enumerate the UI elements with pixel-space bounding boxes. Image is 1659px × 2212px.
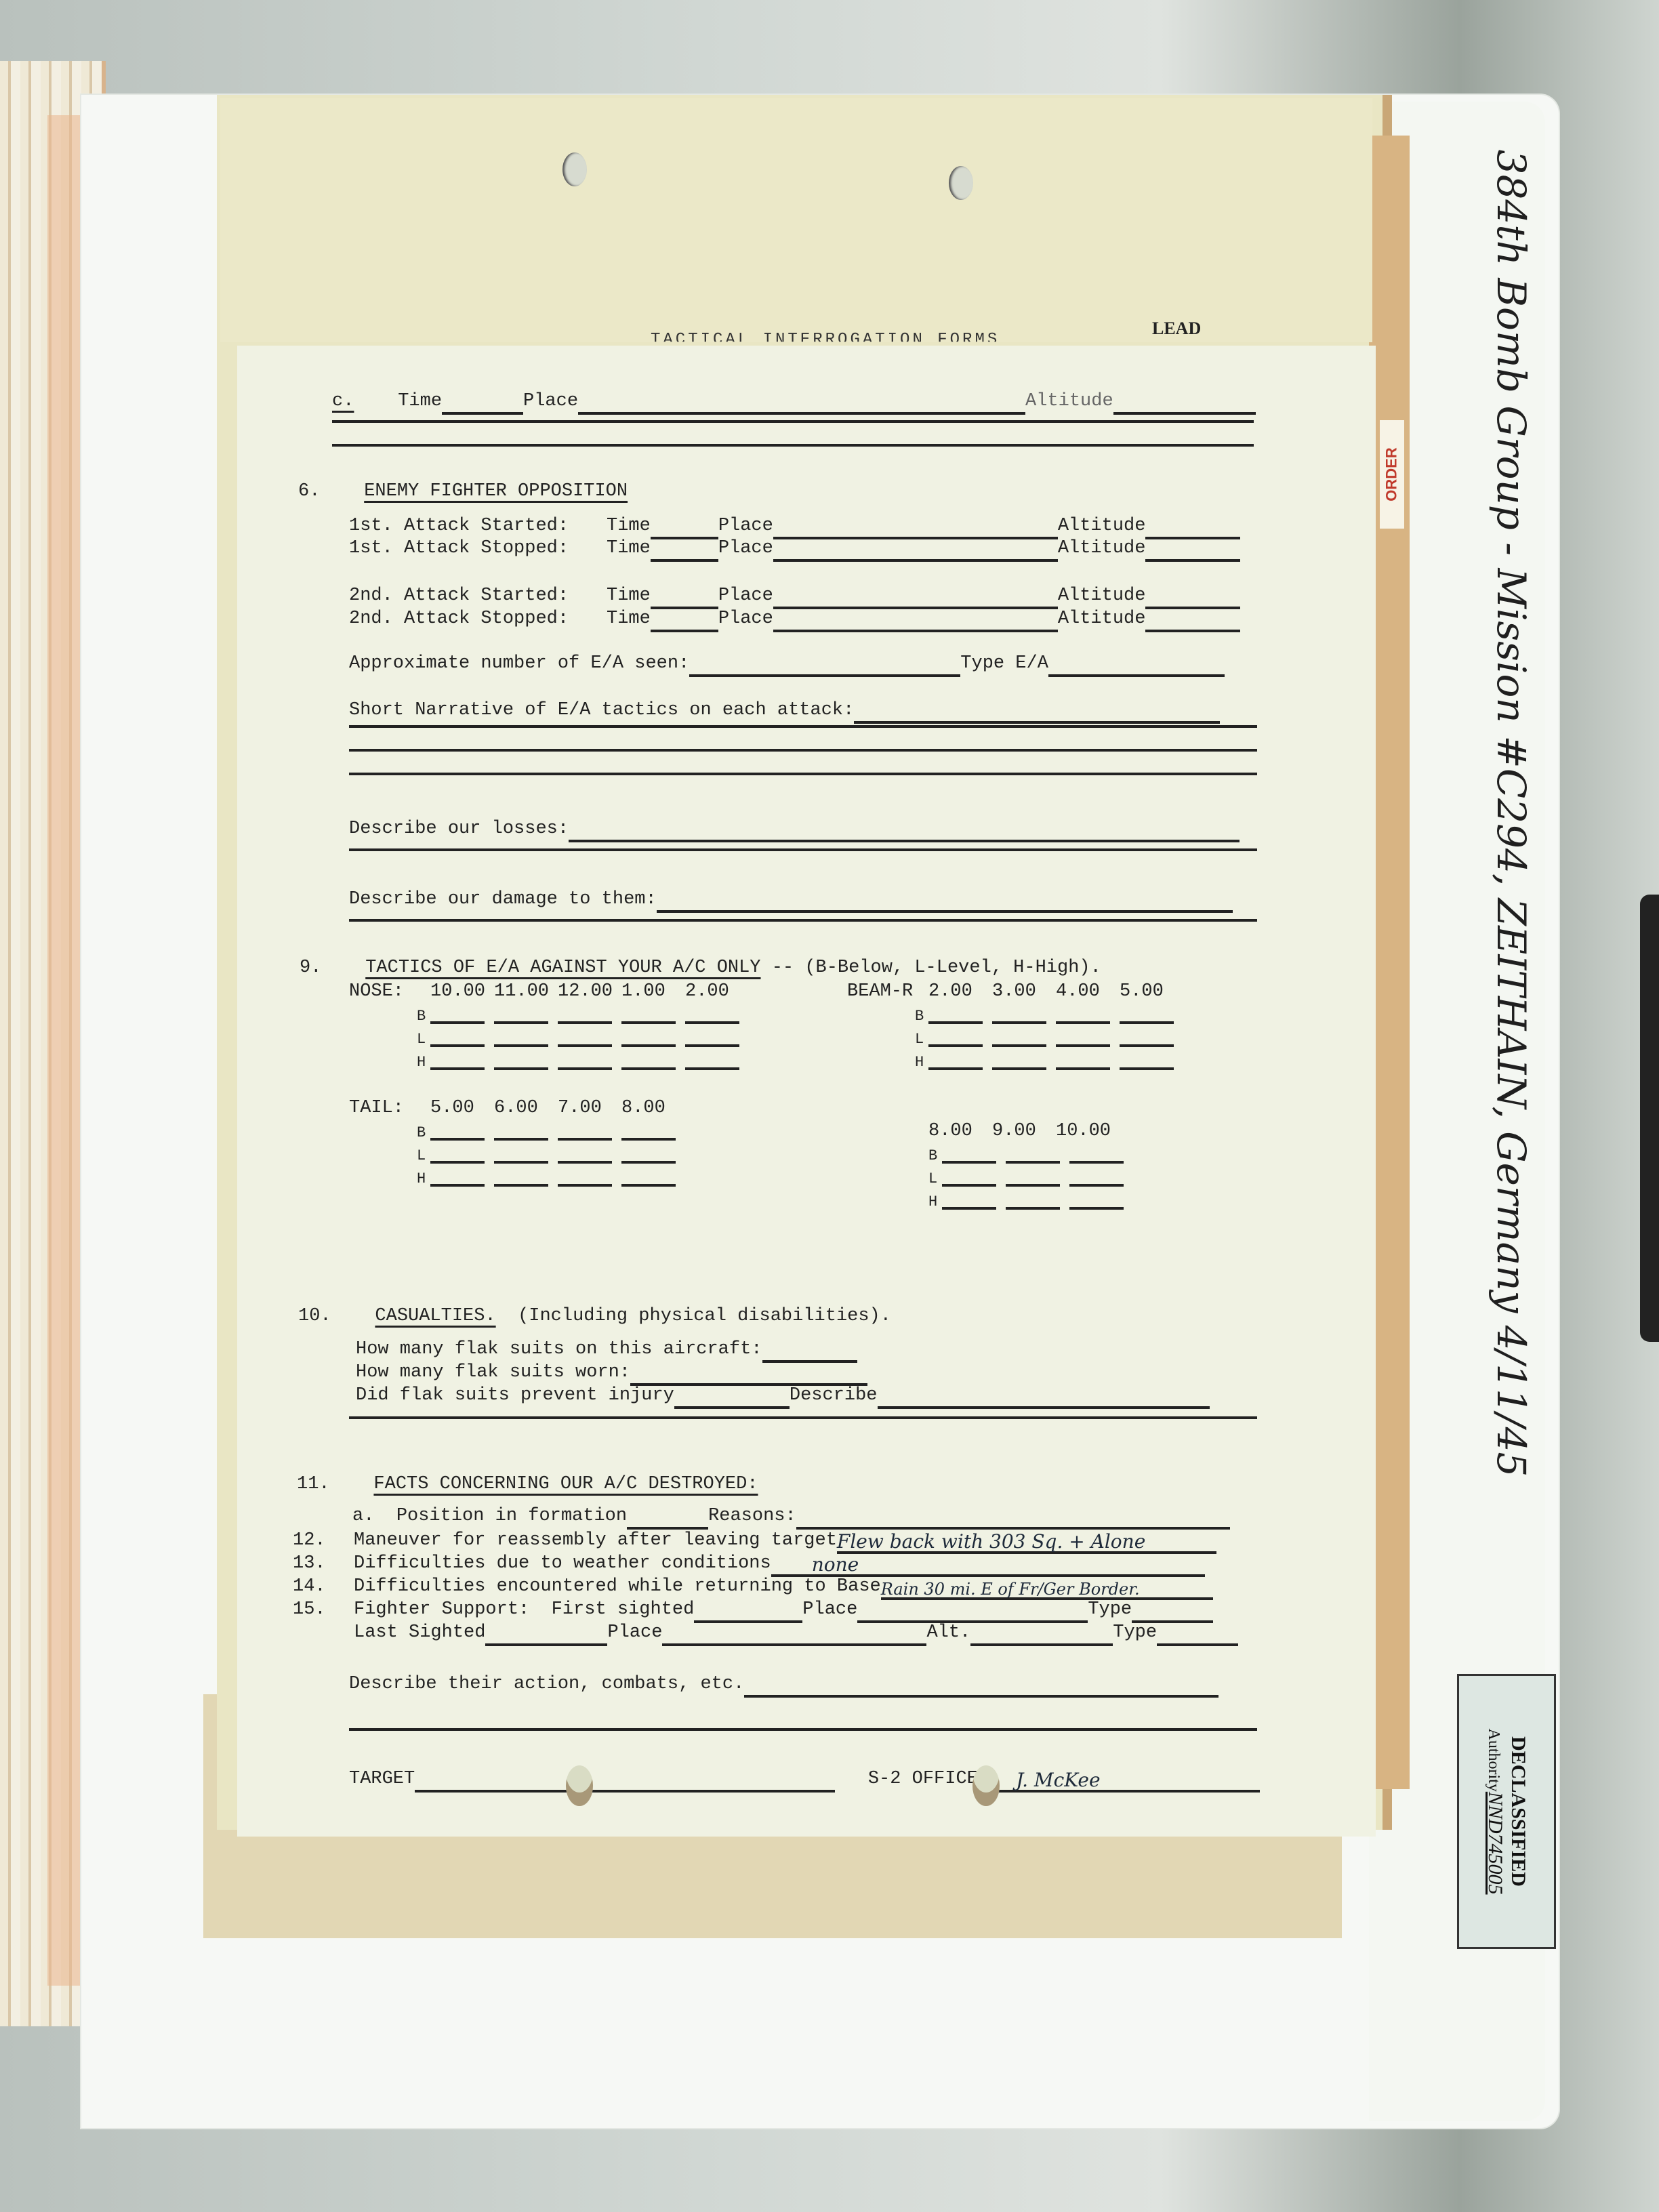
altitude-band-label: B bbox=[417, 1126, 430, 1141]
altitude-band-label: B bbox=[417, 1009, 430, 1024]
altitude-band-label: H bbox=[417, 1172, 430, 1187]
attack-2-start-label: 2nd. Attack Started: bbox=[349, 587, 607, 605]
tactics-cell-field[interactable] bbox=[430, 1067, 485, 1070]
our-damage-line[interactable] bbox=[349, 919, 1257, 922]
punch-hole-icon bbox=[566, 1765, 593, 1806]
clock-position-header: 3.00 bbox=[992, 983, 1056, 1001]
punch-hole-icon bbox=[949, 166, 973, 200]
top-cover-sheet bbox=[220, 98, 1372, 342]
item-c-line[interactable] bbox=[332, 444, 1254, 447]
section-10-title: CASUALTIES. bbox=[375, 1307, 495, 1326]
attack-2-stop-altitude[interactable] bbox=[1145, 630, 1240, 632]
attack-1-stop-label: 1st. Attack Stopped: bbox=[349, 539, 607, 558]
tactics-cell-field[interactable] bbox=[992, 1067, 1046, 1070]
tactics-cell-field[interactable] bbox=[1056, 1067, 1110, 1070]
authority-label: Authority bbox=[1485, 1728, 1502, 1791]
tactics-cell-field[interactable] bbox=[621, 1184, 676, 1187]
flak-on-aircraft-field[interactable] bbox=[762, 1360, 857, 1363]
declassified-stamp: DECLASSIFIED AuthorityNND745005 bbox=[1457, 1674, 1556, 1949]
tactics-cell-field[interactable] bbox=[430, 1021, 485, 1024]
attack-1-stop-place[interactable] bbox=[773, 559, 1058, 562]
narrative-label: Short Narrative of E/A tactics on each a… bbox=[349, 701, 854, 720]
reasons-field[interactable] bbox=[796, 1527, 1230, 1530]
clock-position-header: 5.00 bbox=[1120, 983, 1183, 1001]
tactics-cell-field[interactable] bbox=[1069, 1161, 1124, 1164]
flak-worn-label: How many flak suits worn: bbox=[356, 1364, 630, 1382]
narrative-line[interactable] bbox=[349, 773, 1257, 775]
tactics-cell-field[interactable] bbox=[1006, 1161, 1060, 1164]
tactics-cell-field[interactable] bbox=[430, 1138, 485, 1141]
tactics-cell-field[interactable] bbox=[1120, 1021, 1174, 1024]
tactics-cell-field[interactable] bbox=[621, 1067, 676, 1070]
s2-officer-signature[interactable]: J. McKee bbox=[989, 1771, 1260, 1793]
section-9-title: TACTICS OF E/A AGAINST YOUR A/C ONLY bbox=[365, 959, 760, 977]
tactics-cell-field[interactable] bbox=[430, 1184, 485, 1187]
flak-prevent-field[interactable] bbox=[674, 1406, 790, 1409]
describe-action-line[interactable] bbox=[349, 1728, 1257, 1731]
casualties-line[interactable] bbox=[349, 1416, 1257, 1419]
item-c-line[interactable] bbox=[332, 420, 1254, 423]
clock-position-header: 4.00 bbox=[1056, 983, 1120, 1001]
item-c-place-label: Place bbox=[523, 392, 578, 411]
item-c-altitude-field[interactable] bbox=[1113, 412, 1256, 415]
clock-position-header: 12.00 bbox=[558, 983, 621, 1001]
clock-position-header: 11.00 bbox=[494, 983, 558, 1001]
interrogation-form: c. Time Place Altitude 6. ENEMY FIGHTER … bbox=[237, 346, 1376, 1837]
last-sighted-field[interactable] bbox=[485, 1643, 607, 1646]
clock-position-header: 7.00 bbox=[558, 1099, 621, 1118]
beam-right-tactics-grid: BEAM-R2.003.004.005.00BLH bbox=[847, 983, 1183, 1070]
flak-describe-label: Describe bbox=[790, 1387, 878, 1405]
tactics-cell-field[interactable] bbox=[1056, 1044, 1110, 1047]
item-c-altitude-label: Altitude bbox=[1025, 392, 1113, 411]
tail-tactics-grid: TAIL:5.006.007.008.00BLH bbox=[349, 1099, 685, 1187]
tactics-cell-field[interactable] bbox=[621, 1161, 676, 1164]
clock-position-header: 1.00 bbox=[621, 983, 685, 1001]
clock-position-header: 10.00 bbox=[430, 983, 494, 1001]
attack-2-start-place[interactable] bbox=[773, 607, 1058, 609]
altitude-band-label: H bbox=[915, 1055, 928, 1070]
altitude-band-label: L bbox=[417, 1149, 430, 1164]
narrative-field[interactable] bbox=[854, 721, 1220, 724]
altitude-band-label: L bbox=[928, 1172, 942, 1187]
item-c-place-field[interactable] bbox=[578, 412, 1025, 415]
approx-number-label: Approximate number of E/A seen: bbox=[349, 655, 689, 673]
tactics-cell-field[interactable] bbox=[621, 1021, 676, 1024]
first-sighted-field[interactable] bbox=[694, 1620, 802, 1623]
clock-position-header: 8.00 bbox=[621, 1099, 685, 1118]
tactics-cell-field[interactable] bbox=[1006, 1207, 1060, 1210]
attack-1-stop-altitude[interactable] bbox=[1145, 559, 1240, 562]
tactics-cell-field[interactable] bbox=[558, 1138, 612, 1141]
last-sighted-type-field[interactable] bbox=[1157, 1643, 1238, 1646]
attack-2-stop-time[interactable] bbox=[651, 630, 718, 632]
tactics-cell-field[interactable] bbox=[928, 1067, 983, 1070]
tactics-position-label: NOSE: bbox=[349, 983, 430, 1001]
attack-1-stop-time[interactable] bbox=[651, 559, 718, 562]
flak-prevent-label: Did flak suits prevent injury bbox=[356, 1387, 674, 1405]
tactics-cell-field[interactable] bbox=[621, 1138, 676, 1141]
return-difficulties-label: Difficulties encountered while returning… bbox=[354, 1578, 881, 1596]
item-c-time-field[interactable] bbox=[442, 412, 523, 415]
order-tab-label: ORDER bbox=[1380, 420, 1404, 529]
altitude-band-label: B bbox=[915, 1009, 928, 1024]
type-ea-label: Type E/A bbox=[960, 655, 1048, 673]
section-10-number: 10. bbox=[298, 1307, 331, 1326]
section-11-title: FACTS CONCERNING OUR A/C DESTROYED: bbox=[373, 1475, 758, 1494]
tactics-cell-field[interactable] bbox=[494, 1184, 548, 1187]
our-damage-label: Describe our damage to them: bbox=[349, 890, 657, 909]
declassified-title: DECLASSIFIED bbox=[1507, 1728, 1530, 1894]
clock-position-header: 5.00 bbox=[430, 1099, 494, 1118]
tactics-cell-field[interactable] bbox=[1120, 1044, 1174, 1047]
attack-1-start-label: 1st. Attack Started: bbox=[349, 517, 607, 535]
tactics-cell-field[interactable] bbox=[430, 1044, 485, 1047]
tactics-cell-field[interactable] bbox=[621, 1044, 676, 1047]
tactics-cell-field[interactable] bbox=[942, 1184, 996, 1187]
clock-position-header: 8.00 bbox=[928, 1122, 992, 1141]
spine-handwritten-label: 384th Bomb Group - Mission #C294, ZEITHA… bbox=[1484, 203, 1538, 1423]
describe-action-field[interactable] bbox=[744, 1695, 1218, 1698]
tactics-cell-field[interactable] bbox=[558, 1021, 612, 1024]
s2-officer-label: S-2 OFFICER bbox=[868, 1770, 989, 1788]
clock-position-header: 2.00 bbox=[685, 983, 749, 1001]
beam-left-tactics-grid: 8.009.0010.00BLH bbox=[928, 1122, 1133, 1210]
tactics-cell-field[interactable] bbox=[1120, 1067, 1174, 1070]
attack-2-start-altitude[interactable] bbox=[1145, 607, 1240, 609]
narrative-line[interactable] bbox=[349, 725, 1257, 728]
section-6-number: 6. bbox=[298, 483, 320, 501]
target-label: TARGET bbox=[349, 1770, 415, 1788]
weather-field[interactable]: none bbox=[771, 1555, 1205, 1577]
tactics-cell-field[interactable] bbox=[1069, 1184, 1124, 1187]
tactics-cell-field[interactable] bbox=[494, 1021, 548, 1024]
approx-number-field[interactable] bbox=[689, 674, 960, 677]
item-c-prefix: c. bbox=[332, 392, 354, 411]
altitude-band-label: H bbox=[928, 1195, 942, 1210]
section-9-number: 9. bbox=[300, 959, 321, 977]
tactics-cell-field[interactable] bbox=[558, 1184, 612, 1187]
tactics-cell-field[interactable] bbox=[942, 1161, 996, 1164]
background-device bbox=[1640, 895, 1659, 1342]
tactics-cell-field[interactable] bbox=[558, 1044, 612, 1047]
attack-2-stop-label: 2nd. Attack Stopped: bbox=[349, 610, 607, 628]
altitude-band-label: B bbox=[928, 1149, 942, 1164]
tactics-cell-field[interactable] bbox=[1006, 1184, 1060, 1187]
return-difficulties-field[interactable]: Rain 30 mi. E of Fr/Ger Border. bbox=[881, 1581, 1213, 1600]
fighter-support-label: Fighter Support: bbox=[354, 1601, 529, 1619]
our-damage-field[interactable] bbox=[657, 910, 1233, 913]
first-sighted-place-field[interactable] bbox=[857, 1620, 1088, 1623]
tactics-cell-field[interactable] bbox=[494, 1067, 548, 1070]
tactics-cell-field[interactable] bbox=[1056, 1021, 1110, 1024]
tactics-cell-field[interactable] bbox=[942, 1207, 996, 1210]
attack-2-start-time[interactable] bbox=[651, 607, 718, 609]
tactics-cell-field[interactable] bbox=[494, 1138, 548, 1141]
item-c-time-label: Time bbox=[398, 392, 442, 411]
position-field[interactable] bbox=[627, 1527, 708, 1530]
tactics-cell-field[interactable] bbox=[992, 1044, 1046, 1047]
tactics-position-label: TAIL: bbox=[349, 1099, 430, 1118]
tactics-cell-field[interactable] bbox=[558, 1067, 612, 1070]
clock-position-header: 2.00 bbox=[928, 983, 992, 1001]
maneuver-field[interactable]: Flew back with 303 Sq. + Alone bbox=[837, 1532, 1216, 1554]
clock-position-header: 6.00 bbox=[494, 1099, 558, 1118]
weather-label: Difficulties due to weather conditions bbox=[354, 1555, 771, 1573]
punch-hole-icon bbox=[972, 1765, 1000, 1806]
type-ea-field[interactable] bbox=[1048, 674, 1225, 677]
tactics-cell-field[interactable] bbox=[992, 1021, 1046, 1024]
punch-hole-icon bbox=[562, 152, 587, 186]
tactics-cell-field[interactable] bbox=[558, 1161, 612, 1164]
tactics-cell-field[interactable] bbox=[928, 1044, 983, 1047]
describe-action-label: Describe their action, combats, etc. bbox=[349, 1675, 744, 1694]
altitude-band-label: L bbox=[915, 1032, 928, 1047]
our-losses-line[interactable] bbox=[349, 848, 1257, 851]
section-11-number: 11. bbox=[297, 1475, 330, 1494]
nose-tactics-grid: NOSE:10.0011.0012.001.002.00BLH bbox=[349, 983, 749, 1070]
tactics-cell-field[interactable] bbox=[1069, 1207, 1124, 1210]
our-losses-field[interactable] bbox=[569, 840, 1240, 842]
tactics-cell-field[interactable] bbox=[685, 1021, 739, 1024]
tactics-cell-field[interactable] bbox=[494, 1161, 548, 1164]
tactics-cell-field[interactable] bbox=[928, 1021, 983, 1024]
section-10-subtitle: (Including physical disabilities). bbox=[518, 1307, 891, 1326]
clock-position-header: 9.00 bbox=[992, 1122, 1056, 1141]
clock-position-header: 10.00 bbox=[1056, 1122, 1120, 1141]
last-sighted-alt-field[interactable] bbox=[970, 1643, 1113, 1646]
tactics-cell-field[interactable] bbox=[685, 1044, 739, 1047]
flak-describe-field[interactable] bbox=[878, 1406, 1210, 1409]
section-6-title: ENEMY FIGHTER OPPOSITION bbox=[364, 483, 628, 501]
narrative-line[interactable] bbox=[349, 749, 1257, 752]
altitude-band-label: H bbox=[417, 1055, 430, 1070]
target-field[interactable] bbox=[415, 1790, 835, 1793]
last-sighted-place-field[interactable] bbox=[662, 1643, 926, 1646]
authority-value: NND745005 bbox=[1484, 1792, 1507, 1895]
maneuver-label: Maneuver for reassembly after leaving ta… bbox=[354, 1532, 837, 1550]
tactics-cell-field[interactable] bbox=[685, 1067, 739, 1070]
tactics-position-label: BEAM-R bbox=[847, 983, 928, 1001]
altitude-band-label: L bbox=[417, 1032, 430, 1047]
flak-on-aircraft-label: How many flak suits on this aircraft: bbox=[356, 1340, 762, 1359]
lead-stamp: LEAD bbox=[1152, 319, 1201, 339]
tactics-cell-field[interactable] bbox=[494, 1044, 548, 1047]
reasons-label: Reasons: bbox=[708, 1507, 796, 1525]
our-losses-label: Describe our losses: bbox=[349, 820, 569, 838]
section-9-legend: -- (B-Below, L-Level, H-High). bbox=[772, 959, 1101, 977]
position-label: Position in formation bbox=[396, 1507, 627, 1525]
tactics-cell-field[interactable] bbox=[430, 1161, 485, 1164]
attack-2-stop-place[interactable] bbox=[773, 630, 1058, 632]
